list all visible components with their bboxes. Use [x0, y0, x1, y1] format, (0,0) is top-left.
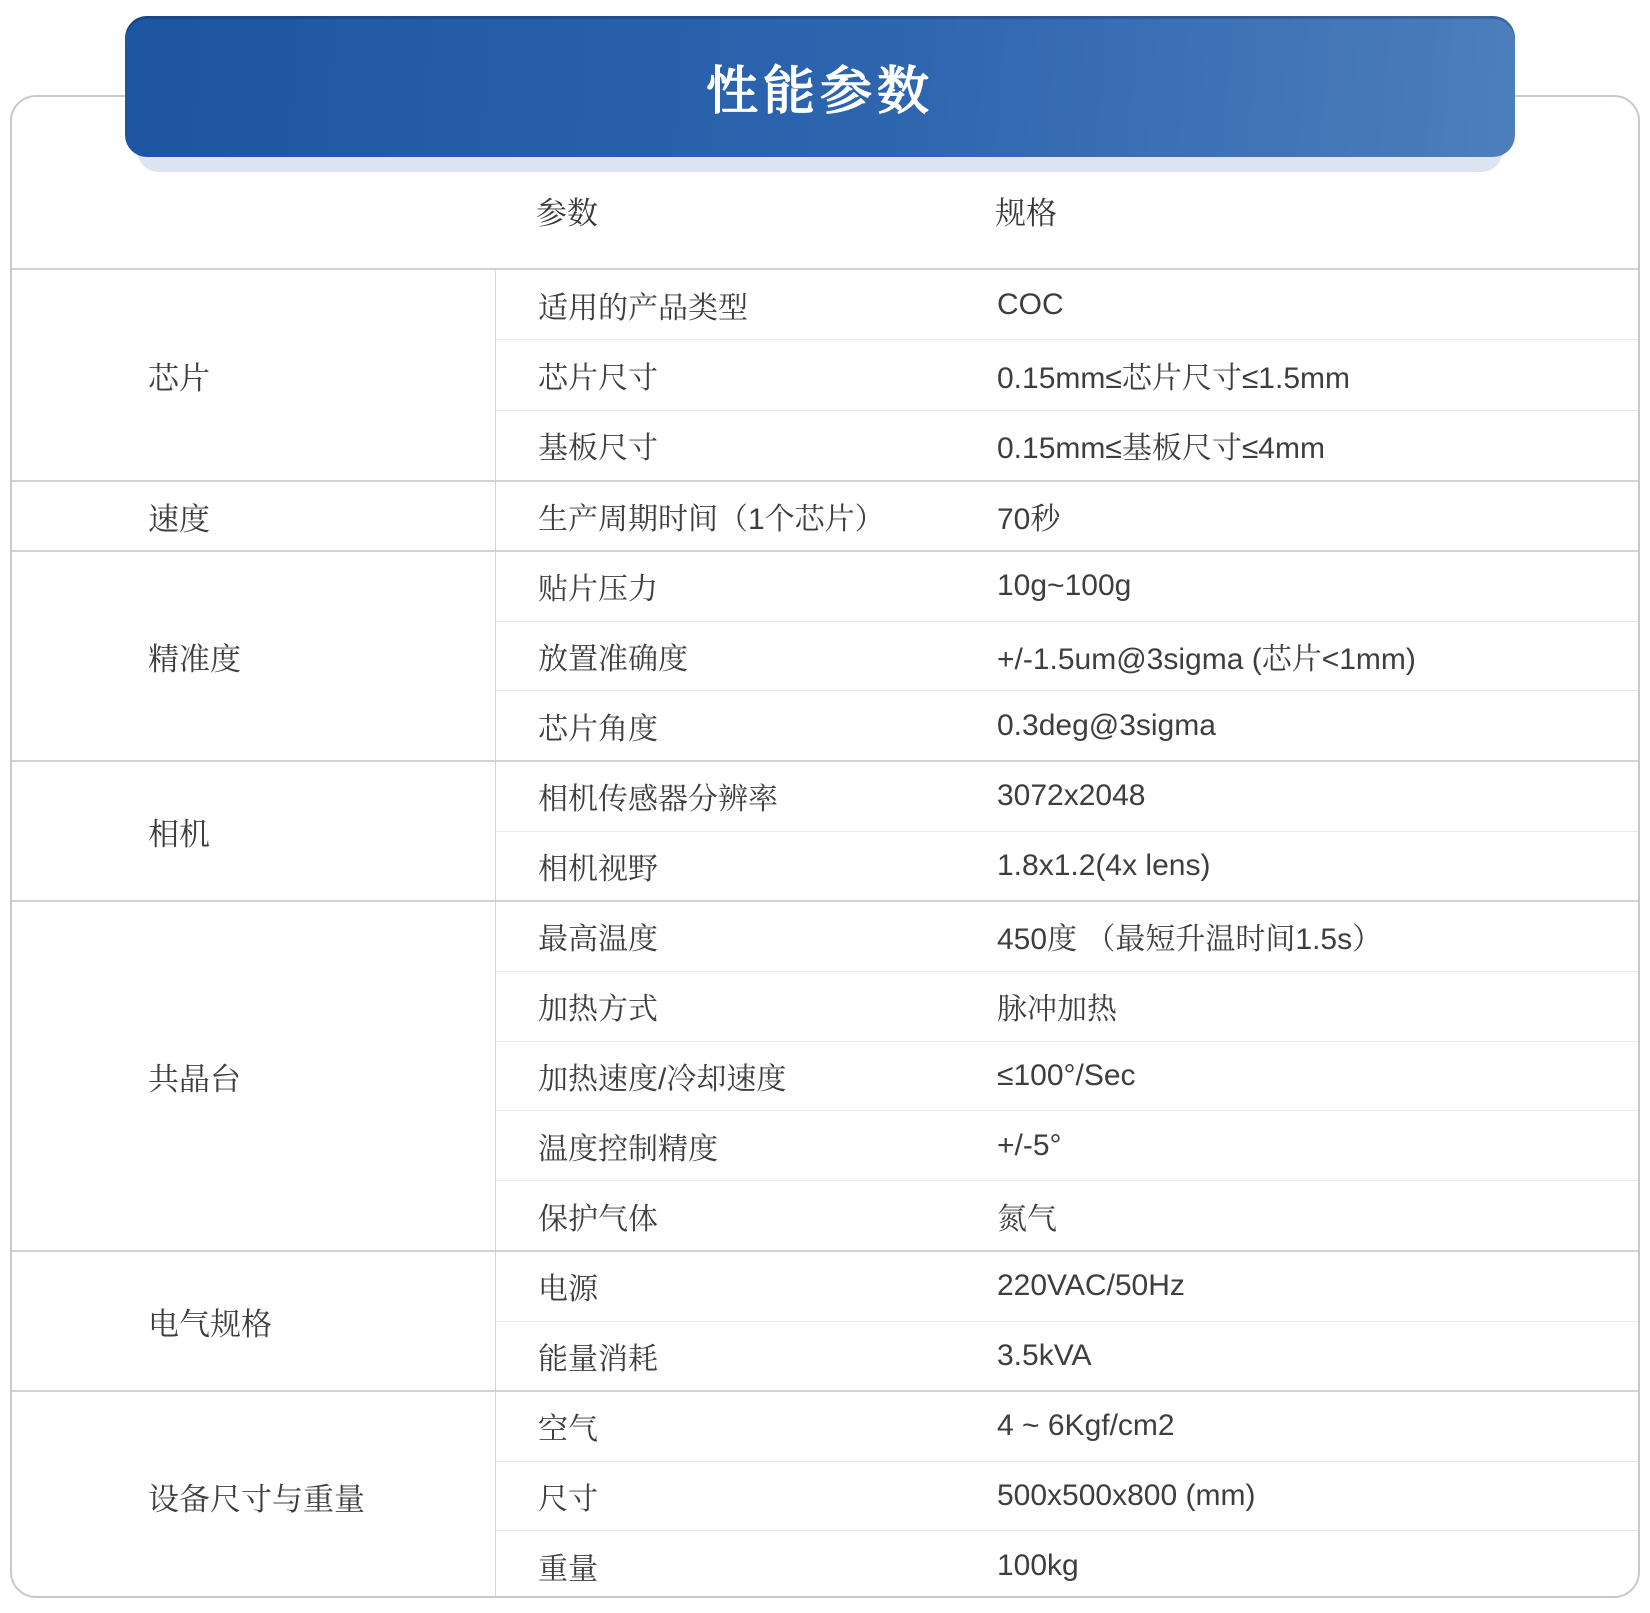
category-cell: 电气规格 — [12, 1252, 496, 1390]
category-cell: 设备尺寸与重量 — [12, 1392, 496, 1598]
table-row: 相机传感器分辨率3072x2048 — [496, 762, 1638, 831]
spec-cell: 0.15mm≤芯片尺寸≤1.5mm — [997, 353, 1638, 397]
table-row: 贴片压力10g~100g — [496, 552, 1638, 621]
table-row: 温度控制精度+/-5° — [496, 1110, 1638, 1180]
param-cell: 能量消耗 — [496, 1334, 997, 1378]
spec-cell: +/-1.5um@3sigma (芯片<1mm) — [997, 634, 1638, 678]
spec-cell: 3072x2048 — [997, 779, 1638, 813]
spec-table: 芯片适用的产品类型COC芯片尺寸0.15mm≤芯片尺寸≤1.5mm基板尺寸0.1… — [12, 270, 1638, 1598]
param-cell: 温度控制精度 — [496, 1124, 997, 1168]
section-rows: 适用的产品类型COC芯片尺寸0.15mm≤芯片尺寸≤1.5mm基板尺寸0.15m… — [496, 270, 1638, 480]
table-section: 共晶台最高温度450度 （最短升温时间1.5s）加热方式脉冲加热加热速度/冷却速… — [12, 900, 1638, 1250]
banner: 性能参数 — [125, 16, 1515, 157]
param-cell: 加热速度/冷却速度 — [496, 1054, 997, 1098]
table-row: 尺寸500x500x800 (mm) — [496, 1461, 1638, 1531]
category-cell: 精准度 — [12, 552, 496, 760]
table-row: 保护气体氮气 — [496, 1180, 1638, 1250]
table-row: 放置准确度+/-1.5um@3sigma (芯片<1mm) — [496, 621, 1638, 691]
table-row: 基板尺寸0.15mm≤基板尺寸≤4mm — [496, 410, 1638, 480]
section-rows: 贴片压力10g~100g放置准确度+/-1.5um@3sigma (芯片<1mm… — [496, 552, 1638, 760]
table-section: 相机相机传感器分辨率3072x2048相机视野1.8x1.2(4x lens) — [12, 760, 1638, 900]
param-cell: 加热方式 — [496, 984, 997, 1028]
spec-cell: 100kg — [997, 1549, 1638, 1583]
table-section: 电气规格电源220VAC/50Hz能量消耗3.5kVA — [12, 1250, 1638, 1390]
table-row: 加热方式脉冲加热 — [496, 971, 1638, 1041]
spec-cell: 500x500x800 (mm) — [997, 1479, 1638, 1513]
table-section: 精准度贴片压力10g~100g放置准确度+/-1.5um@3sigma (芯片<… — [12, 550, 1638, 760]
table-row: 适用的产品类型COC — [496, 270, 1638, 339]
table-section: 设备尺寸与重量空气4 ~ 6Kgf/cm2尺寸500x500x800 (mm)重… — [12, 1390, 1638, 1598]
param-cell: 空气 — [496, 1404, 997, 1448]
table-row: 芯片尺寸0.15mm≤芯片尺寸≤1.5mm — [496, 339, 1638, 409]
param-cell: 芯片尺寸 — [496, 353, 997, 397]
section-rows: 电源220VAC/50Hz能量消耗3.5kVA — [496, 1252, 1638, 1390]
spec-cell: 1.8x1.2(4x lens) — [997, 849, 1638, 883]
column-header-spec: 规格 — [995, 159, 1057, 268]
section-rows: 空气4 ~ 6Kgf/cm2尺寸500x500x800 (mm)重量100kg — [496, 1392, 1638, 1598]
spec-cell: 220VAC/50Hz — [997, 1269, 1638, 1303]
spec-cell: 0.15mm≤基板尺寸≤4mm — [997, 423, 1638, 467]
category-cell: 共晶台 — [12, 902, 496, 1250]
param-cell: 生产周期时间（1个芯片） — [496, 494, 997, 538]
param-cell: 重量 — [496, 1544, 997, 1588]
spec-cell: COC — [997, 288, 1638, 322]
spec-cell: 10g~100g — [997, 569, 1638, 603]
page-title: 性能参数 — [706, 49, 934, 124]
spec-cell: 脉冲加热 — [997, 984, 1638, 1028]
table-row: 能量消耗3.5kVA — [496, 1321, 1638, 1391]
category-cell: 芯片 — [12, 270, 496, 480]
spec-cell: +/-5° — [997, 1129, 1638, 1163]
section-rows: 最高温度450度 （最短升温时间1.5s）加热方式脉冲加热加热速度/冷却速度≤1… — [496, 902, 1638, 1250]
param-cell: 基板尺寸 — [496, 423, 997, 467]
spec-cell: 70秒 — [997, 494, 1638, 538]
table-row: 最高温度450度 （最短升温时间1.5s） — [496, 902, 1638, 971]
param-cell: 相机视野 — [496, 844, 997, 888]
category-cell: 相机 — [12, 762, 496, 900]
param-cell: 适用的产品类型 — [496, 283, 997, 327]
spec-cell: 450度 （最短升温时间1.5s） — [997, 914, 1638, 958]
spec-cell: 4 ~ 6Kgf/cm2 — [997, 1409, 1638, 1443]
spec-cell: ≤100°/Sec — [997, 1059, 1638, 1093]
table-row: 重量100kg — [496, 1530, 1638, 1598]
section-rows: 相机传感器分辨率3072x2048相机视野1.8x1.2(4x lens) — [496, 762, 1638, 900]
spec-cell: 0.3deg@3sigma — [997, 709, 1638, 743]
table-row: 相机视野1.8x1.2(4x lens) — [496, 831, 1638, 901]
table-row: 空气4 ~ 6Kgf/cm2 — [496, 1392, 1638, 1461]
table-header-row: 参数 规格 — [12, 159, 1638, 270]
param-cell: 贴片压力 — [496, 564, 997, 608]
table-row: 电源220VAC/50Hz — [496, 1252, 1638, 1321]
table-row: 加热速度/冷却速度≤100°/Sec — [496, 1041, 1638, 1111]
param-cell: 放置准确度 — [496, 634, 997, 678]
table-row: 芯片角度0.3deg@3sigma — [496, 690, 1638, 760]
param-cell: 芯片角度 — [496, 704, 997, 748]
spec-cell: 氮气 — [997, 1194, 1638, 1238]
column-header-param: 参数 — [536, 159, 598, 268]
spec-card: 参数 规格 芯片适用的产品类型COC芯片尺寸0.15mm≤芯片尺寸≤1.5mm基… — [10, 95, 1640, 1598]
param-cell: 相机传感器分辨率 — [496, 774, 997, 818]
table-section: 速度生产周期时间（1个芯片）70秒 — [12, 480, 1638, 550]
spec-cell: 3.5kVA — [997, 1339, 1638, 1373]
param-cell: 尺寸 — [496, 1474, 997, 1518]
param-cell: 最高温度 — [496, 914, 997, 958]
section-rows: 生产周期时间（1个芯片）70秒 — [496, 482, 1638, 550]
table-row: 生产周期时间（1个芯片）70秒 — [496, 482, 1638, 550]
category-cell: 速度 — [12, 482, 496, 550]
param-cell: 电源 — [496, 1264, 997, 1308]
table-section: 芯片适用的产品类型COC芯片尺寸0.15mm≤芯片尺寸≤1.5mm基板尺寸0.1… — [12, 270, 1638, 480]
param-cell: 保护气体 — [496, 1194, 997, 1238]
